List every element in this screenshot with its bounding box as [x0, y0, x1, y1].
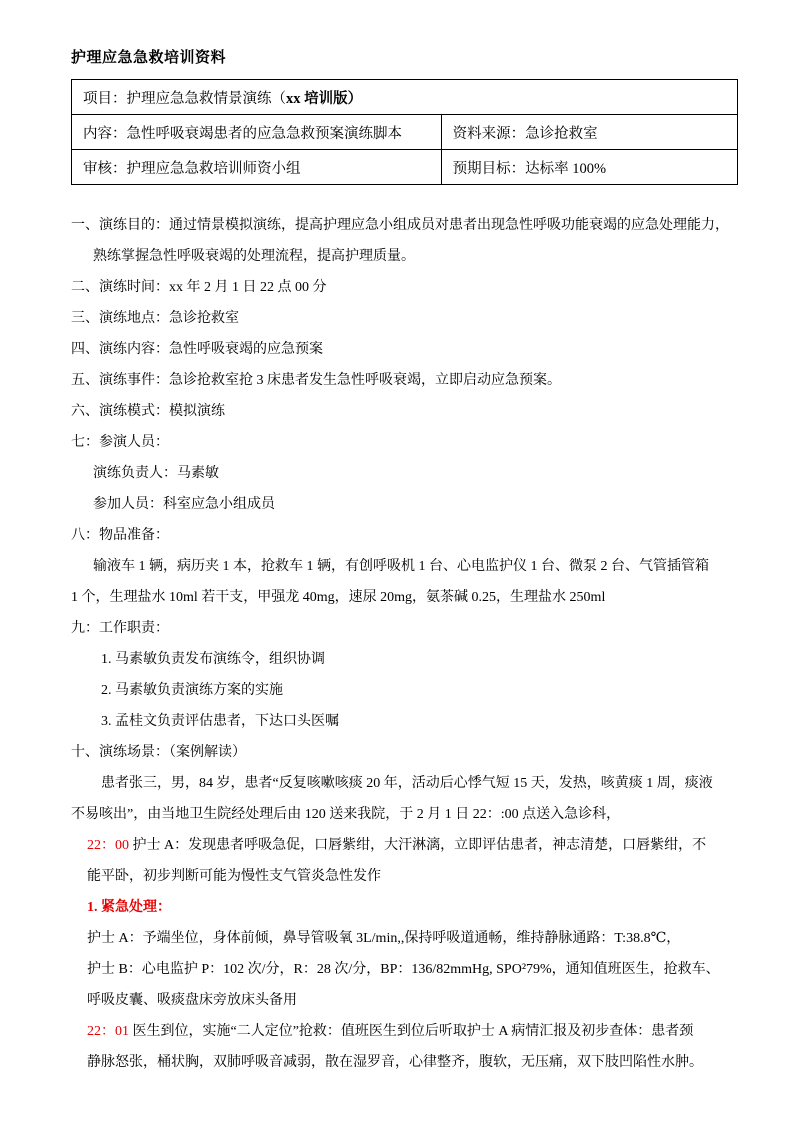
- project-version-close: ）: [348, 91, 363, 107]
- line-text: 不易咳出”，由当地卫生院经处理后由 120 送来我院，于 2 月 1 日 22：…: [71, 807, 620, 822]
- line-text: 三、演练地点：急诊抢救室: [71, 311, 239, 326]
- line-text: 3. 孟桂文负责评估患者，下达口头医嘱: [101, 714, 339, 729]
- line-text: 1 个，生理盐水 10ml 若干支，甲强龙 40mg，速尿 20mg，氨茶碱 0…: [71, 590, 605, 605]
- line-text: 护士 B：心电监护 P：102 次/分，R：28 次/分，BP：136/82mm…: [87, 962, 720, 977]
- source-cell: 资料来源：急诊抢救室: [441, 115, 737, 150]
- document-line: 七：参演人员：: [71, 427, 738, 458]
- goal-cell: 预期目标：达标率 100%: [441, 150, 737, 185]
- project-label: 项目：护理应急急救情景演练（: [83, 91, 286, 107]
- header-info-table: 项目：护理应急急救情景演练（xx 培训版） 内容：急性呼吸衰竭患者的应急急救预案…: [71, 79, 738, 185]
- review-cell: 审核：护理应急急救培训师资小组: [72, 150, 442, 185]
- table-row: 项目：护理应急急救情景演练（xx 培训版）: [72, 80, 738, 115]
- timestamp-text: 22：01: [87, 1024, 133, 1039]
- document-line: 熟练掌握急性呼吸衰竭的处理流程，提高护理质量。: [71, 241, 738, 272]
- line-text: 2. 马素敏负责演练方案的实施: [101, 683, 283, 698]
- timestamp-text: 22：00: [87, 838, 133, 853]
- document-page: 护理应急急救培训资料 项目：护理应急急救情景演练（xx 培训版） 内容：急性呼吸…: [0, 0, 793, 1122]
- document-line: 22：01 医生到位，实施“二人定位”抢救：值班医生到位后听取护士 A 病情汇报…: [71, 1016, 738, 1047]
- line-text: 护士 A：予端坐位，身体前倾，鼻导管吸氧 3L/min,,保持呼吸道通畅，维持静…: [87, 931, 680, 946]
- document-line: 十、演练场景：（案例解读）: [71, 737, 738, 768]
- document-line: 1 个，生理盐水 10ml 若干支，甲强龙 40mg，速尿 20mg，氨茶碱 0…: [71, 582, 738, 613]
- document-line: 一、演练目的：通过情景模拟演练，提高护理应急小组成员对患者出现急性呼吸功能衰竭的…: [71, 210, 738, 241]
- document-title: 护理应急急救培训资料: [71, 48, 738, 68]
- document-line: 能平卧，初步判断可能为慢性支气管炎急性发作: [71, 861, 738, 892]
- document-line: 六、演练模式：模拟演练: [71, 396, 738, 427]
- project-cell: 项目：护理应急急救情景演练（xx 培训版）: [72, 80, 738, 115]
- line-text: 能平卧，初步判断可能为慢性支气管炎急性发作: [87, 869, 381, 884]
- document-line: 呼吸皮囊、吸痰盘床旁放床头备用: [71, 985, 738, 1016]
- document-line: 五、演练事件：急诊抢救室抢 3 床患者发生急性呼吸衰竭，立即启动应急预案。: [71, 365, 738, 396]
- document-line: 1. 紧急处理：: [71, 892, 738, 923]
- project-version-bold: xx 培训版: [286, 91, 348, 107]
- line-text: 九：工作职责：: [71, 621, 169, 636]
- red-heading-text: 1. 紧急处理：: [87, 900, 171, 915]
- line-text: 护士 A：发现患者呼吸急促，口唇紫绀，大汗淋漓，立即评估患者，神志清楚，口唇紫绀…: [133, 838, 707, 853]
- line-text: 十、演练场景：（案例解读）: [71, 745, 246, 760]
- content-cell: 内容：急性呼吸衰竭患者的应急急救预案演练脚本: [72, 115, 442, 150]
- document-line: 不易咳出”，由当地卫生院经处理后由 120 送来我院，于 2 月 1 日 22：…: [71, 799, 738, 830]
- line-text: 八：物品准备：: [71, 528, 169, 543]
- line-text: 呼吸皮囊、吸痰盘床旁放床头备用: [87, 993, 297, 1008]
- line-text: 熟练掌握急性呼吸衰竭的处理流程，提高护理质量。: [93, 249, 415, 264]
- document-line: 患者张三，男，84 岁，患者“反复咳嗽咳痰 20 年，活动后心悸气短 15 天，…: [71, 768, 738, 799]
- line-text: 六、演练模式：模拟演练: [71, 404, 225, 419]
- document-line: 三、演练地点：急诊抢救室: [71, 303, 738, 334]
- document-line: 八：物品准备：: [71, 520, 738, 551]
- line-text: 静脉怒张，桶状胸，双肺呼吸音减弱，散在湿罗音，心律整齐，腹软，无压痛，双下肢凹陷…: [87, 1055, 703, 1070]
- document-line: 演练负责人：马素敏: [71, 458, 738, 489]
- line-text: 七：参演人员：: [71, 435, 169, 450]
- document-line: 护士 B：心电监护 P：102 次/分，R：28 次/分，BP：136/82mm…: [71, 954, 738, 985]
- document-line: 2. 马素敏负责演练方案的实施: [71, 675, 738, 706]
- document-body: 一、演练目的：通过情景模拟演练，提高护理应急小组成员对患者出现急性呼吸功能衰竭的…: [71, 210, 738, 1078]
- line-text: 1. 马素敏负责发布演练令，组织协调: [101, 652, 325, 667]
- document-line: 静脉怒张，桶状胸，双肺呼吸音减弱，散在湿罗音，心律整齐，腹软，无压痛，双下肢凹陷…: [71, 1047, 738, 1078]
- line-text: 二、演练时间：xx 年 2 月 1 日 22 点 00 分: [71, 280, 327, 295]
- table-row: 内容：急性呼吸衰竭患者的应急急救预案演练脚本 资料来源：急诊抢救室: [72, 115, 738, 150]
- document-line: 二、演练时间：xx 年 2 月 1 日 22 点 00 分: [71, 272, 738, 303]
- document-line: 1. 马素敏负责发布演练令，组织协调: [71, 644, 738, 675]
- document-line: 护士 A：予端坐位，身体前倾，鼻导管吸氧 3L/min,,保持呼吸道通畅，维持静…: [71, 923, 738, 954]
- line-text: 一、演练目的：通过情景模拟演练，提高护理应急小组成员对患者出现急性呼吸功能衰竭的…: [71, 218, 729, 233]
- line-text: 四、演练内容：急性呼吸衰竭的应急预案: [71, 342, 323, 357]
- document-line: 22：00 护士 A：发现患者呼吸急促，口唇紫绀，大汗淋漓，立即评估患者，神志清…: [71, 830, 738, 861]
- line-text: 患者张三，男，84 岁，患者“反复咳嗽咳痰 20 年，活动后心悸气短 15 天，…: [101, 776, 713, 791]
- document-line: 输液车 1 辆，病历夹 1 本，抢救车 1 辆，有创呼吸机 1 台、心电监护仪 …: [71, 551, 738, 582]
- line-text: 医生到位，实施“二人定位”抢救：值班医生到位后听取护士 A 病情汇报及初步查体：…: [133, 1024, 694, 1039]
- line-text: 参加人员：科室应急小组成员: [93, 497, 275, 512]
- table-row: 审核：护理应急急救培训师资小组 预期目标：达标率 100%: [72, 150, 738, 185]
- line-text: 输液车 1 辆，病历夹 1 本，抢救车 1 辆，有创呼吸机 1 台、心电监护仪 …: [93, 559, 709, 574]
- document-line: 九：工作职责：: [71, 613, 738, 644]
- document-line: 四、演练内容：急性呼吸衰竭的应急预案: [71, 334, 738, 365]
- line-text: 五、演练事件：急诊抢救室抢 3 床患者发生急性呼吸衰竭，立即启动应急预案。: [71, 373, 561, 388]
- document-line: 3. 孟桂文负责评估患者，下达口头医嘱: [71, 706, 738, 737]
- line-text: 演练负责人：马素敏: [93, 466, 219, 481]
- document-line: 参加人员：科室应急小组成员: [71, 489, 738, 520]
